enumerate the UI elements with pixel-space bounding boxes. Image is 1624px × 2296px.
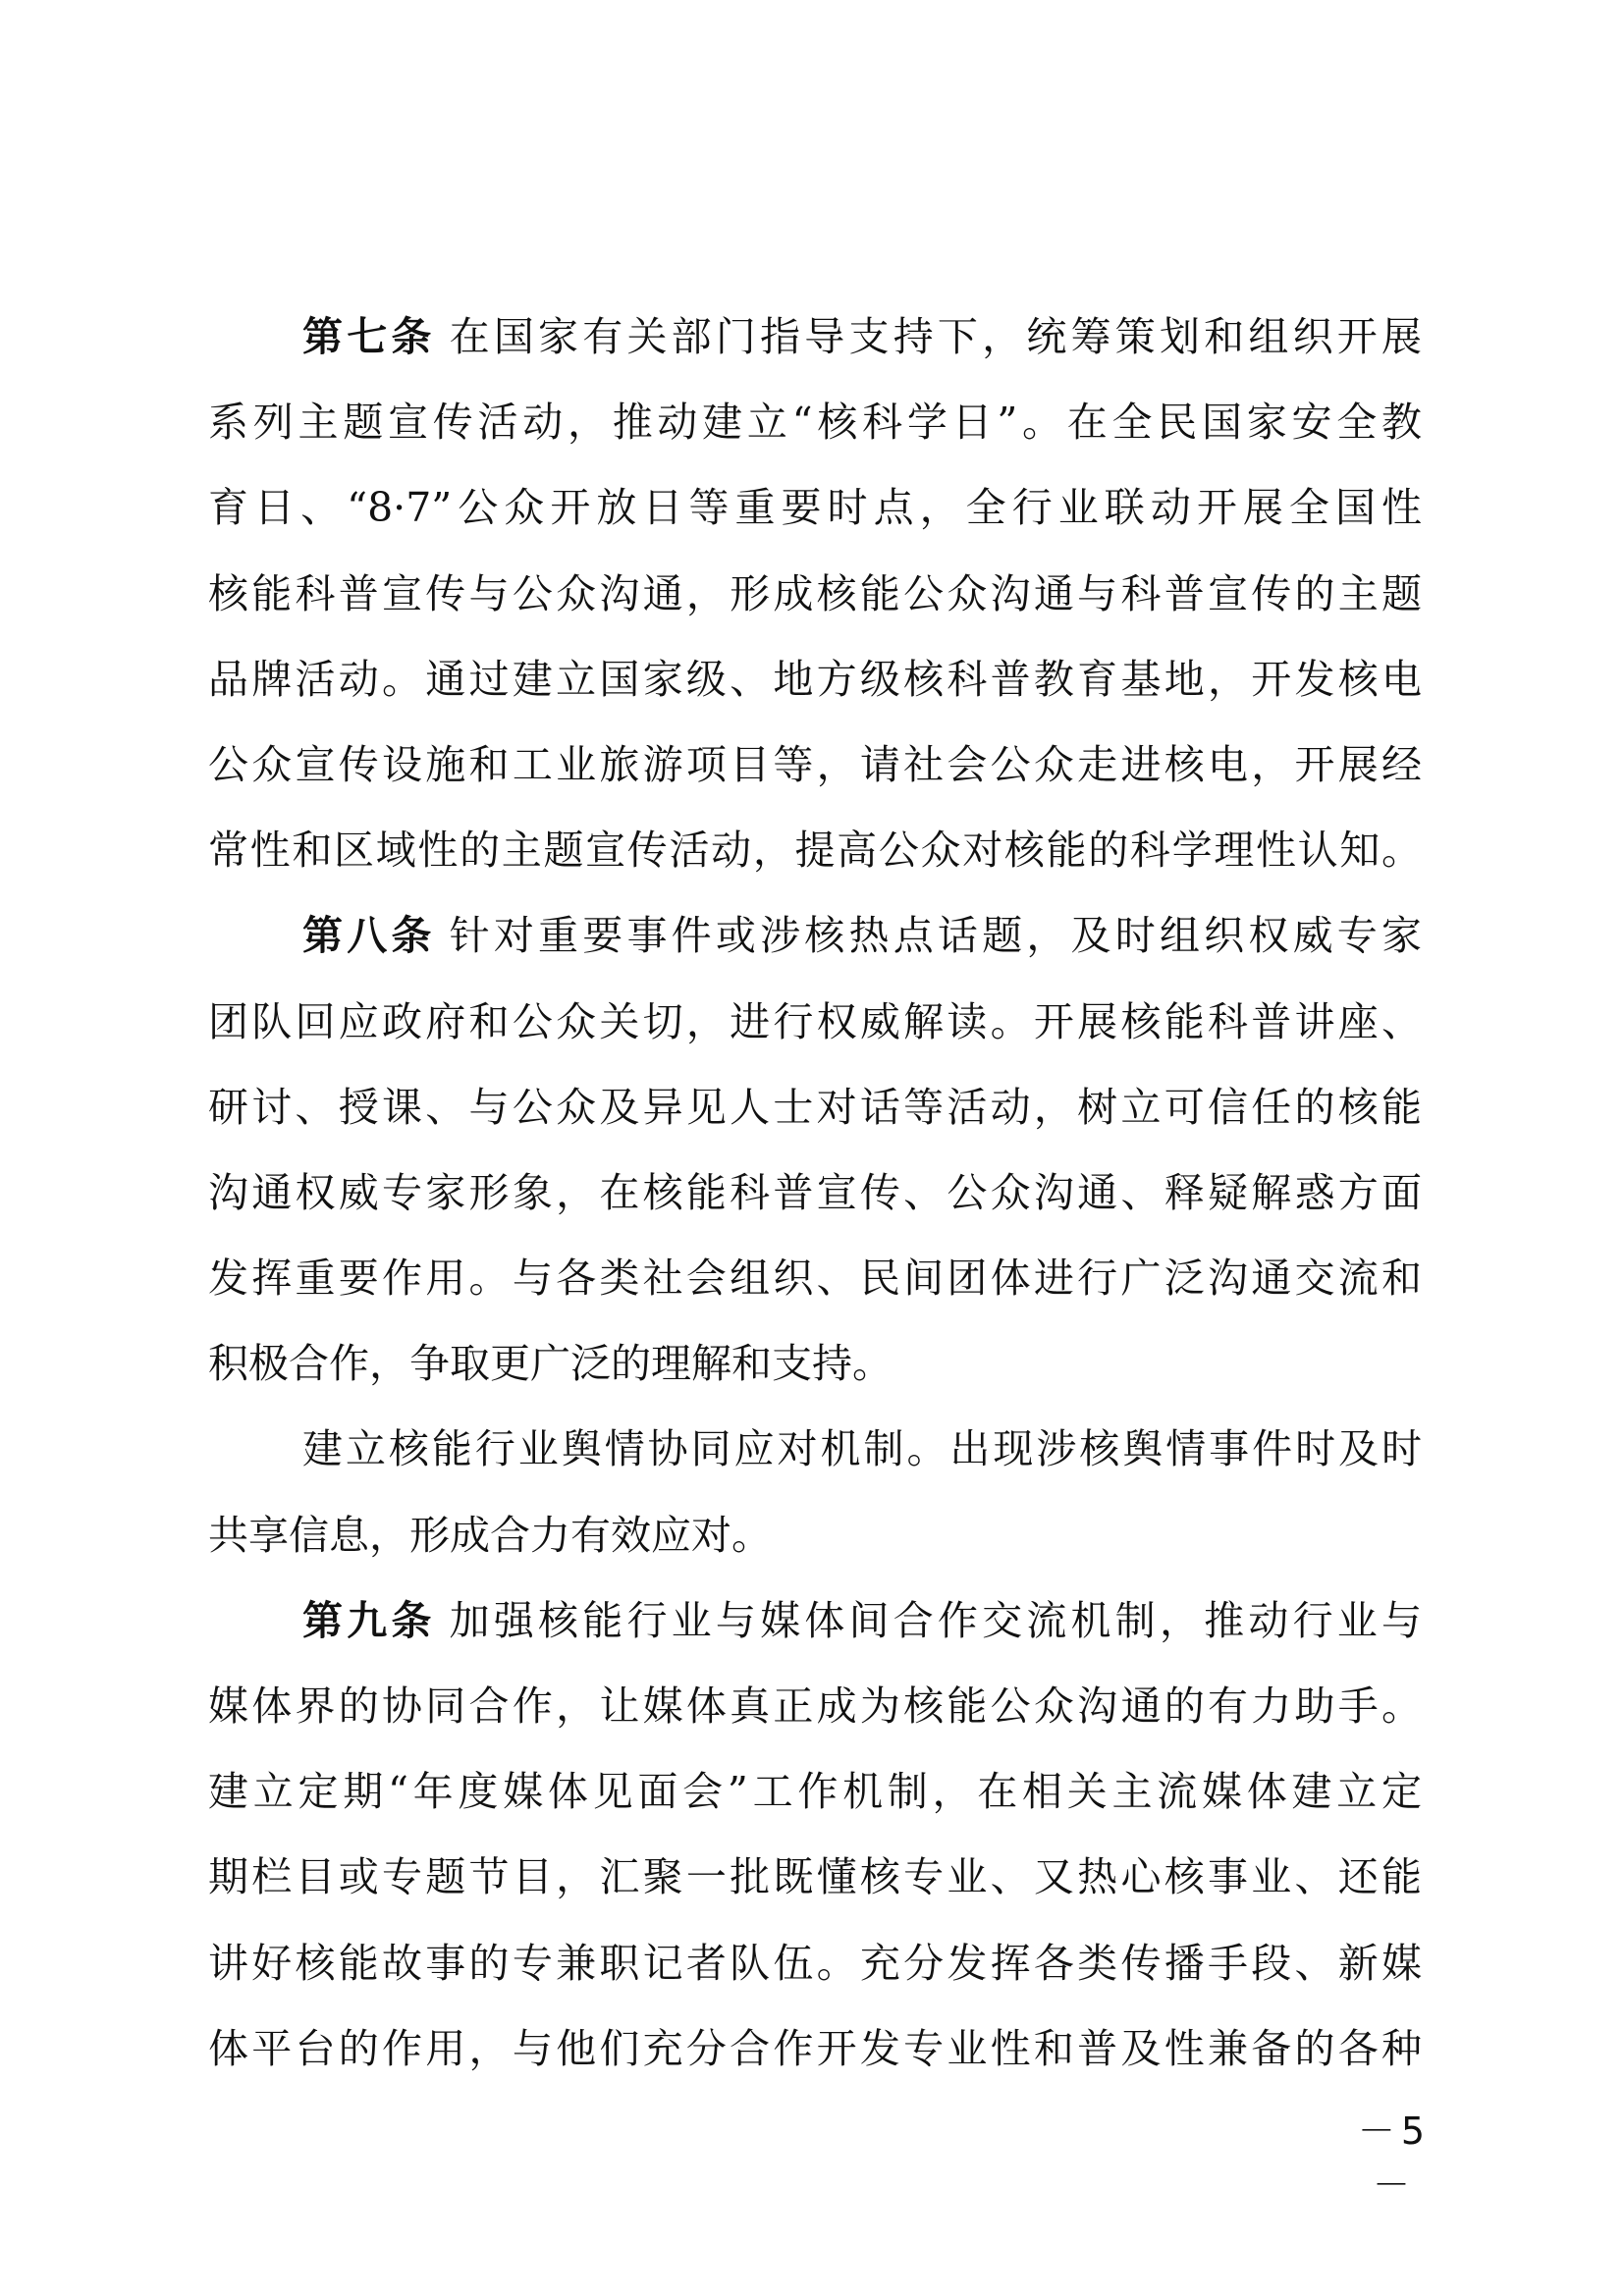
article-8-line-6: 积极合作，争取更广泛的理解和支持。 <box>208 1321 1422 1407</box>
article-7-line-1: 第七条在国家有关部门指导支持下，统筹策划和组织开展 <box>208 294 1422 380</box>
article-9-line-1: 第九条加强核能行业与媒体间合作交流机制，推动行业与 <box>208 1578 1422 1664</box>
article-9-text: 加强核能行业与媒体间合作交流机制，推动行业与 <box>450 1597 1422 1644</box>
page-number: －5－ <box>1355 2101 1434 2209</box>
paragraph-public-opinion-line-2: 共享信息，形成合力有效应对。 <box>208 1493 1422 1578</box>
article-9-label: 第九条 <box>302 1597 436 1644</box>
document-page: 第七条在国家有关部门指导支持下，统筹策划和组织开展 系列主题宣传活动，推动建立“… <box>0 0 1624 2296</box>
paragraph-public-opinion-line-1: 建立核能行业舆情协同应对机制。出现涉核舆情事件时及时 <box>208 1407 1422 1492</box>
document-body: 第七条在国家有关部门指导支持下，统筹策划和组织开展 系列主题宣传活动，推动建立“… <box>208 294 1422 2092</box>
article-9-line-4: 期栏目或专题节目，汇聚一批既懂核专业、又热心核事业、还能 <box>208 1835 1422 1920</box>
article-7-line-2: 系列主题宣传活动，推动建立“核科学日”。在全民国家安全教 <box>208 380 1422 465</box>
article-7-line-7: 常性和区域性的主题宣传活动，提高公众对核能的科学理性认知。 <box>208 808 1422 893</box>
article-8-line-2: 团队回应政府和公众关切，进行权威解读。开展核能科普讲座、 <box>208 980 1422 1065</box>
article-8-text: 针对重要事件或涉核热点话题，及时组织权威专家 <box>450 912 1422 959</box>
article-8-line-4: 沟通权威专家形象，在核能科普宣传、公众沟通、释疑解惑方面 <box>208 1150 1422 1236</box>
article-8-line-1: 第八条针对重要事件或涉核热点话题，及时组织权威专家 <box>208 893 1422 979</box>
article-8-label: 第八条 <box>302 912 436 959</box>
article-7-label: 第七条 <box>302 313 436 360</box>
article-9-line-2: 媒体界的协同合作，让媒体真正成为核能公众沟通的有力助手。 <box>208 1664 1422 1749</box>
article-7-line-4: 核能科普宣传与公众沟通，形成核能公众沟通与科普宣传的主题 <box>208 552 1422 637</box>
article-9-line-6: 体平台的作用，与他们充分合作开发专业性和普及性兼备的各种 <box>208 2006 1422 2092</box>
article-8-line-5: 发挥重要作用。与各类社会组织、民间团体进行广泛沟通交流和 <box>208 1236 1422 1321</box>
article-7-line-3: 育日、“8·7”公众开放日等重要时点，全行业联动开展全国性 <box>208 465 1422 551</box>
article-7-line-6: 公众宣传设施和工业旅游项目等，请社会公众走进核电，开展经 <box>208 722 1422 808</box>
article-7-text: 在国家有关部门指导支持下，统筹策划和组织开展 <box>450 313 1422 360</box>
article-8-line-3: 研讨、授课、与公众及异见人士对话等活动，树立可信任的核能 <box>208 1065 1422 1150</box>
article-9-line-5: 讲好核能故事的专兼职记者队伍。充分发挥各类传播手段、新媒 <box>208 1921 1422 2006</box>
article-7-line-5: 品牌活动。通过建立国家级、地方级核科普教育基地，开发核电 <box>208 637 1422 722</box>
article-9-line-3: 建立定期“年度媒体见面会”工作机制，在相关主流媒体建立定 <box>208 1749 1422 1835</box>
